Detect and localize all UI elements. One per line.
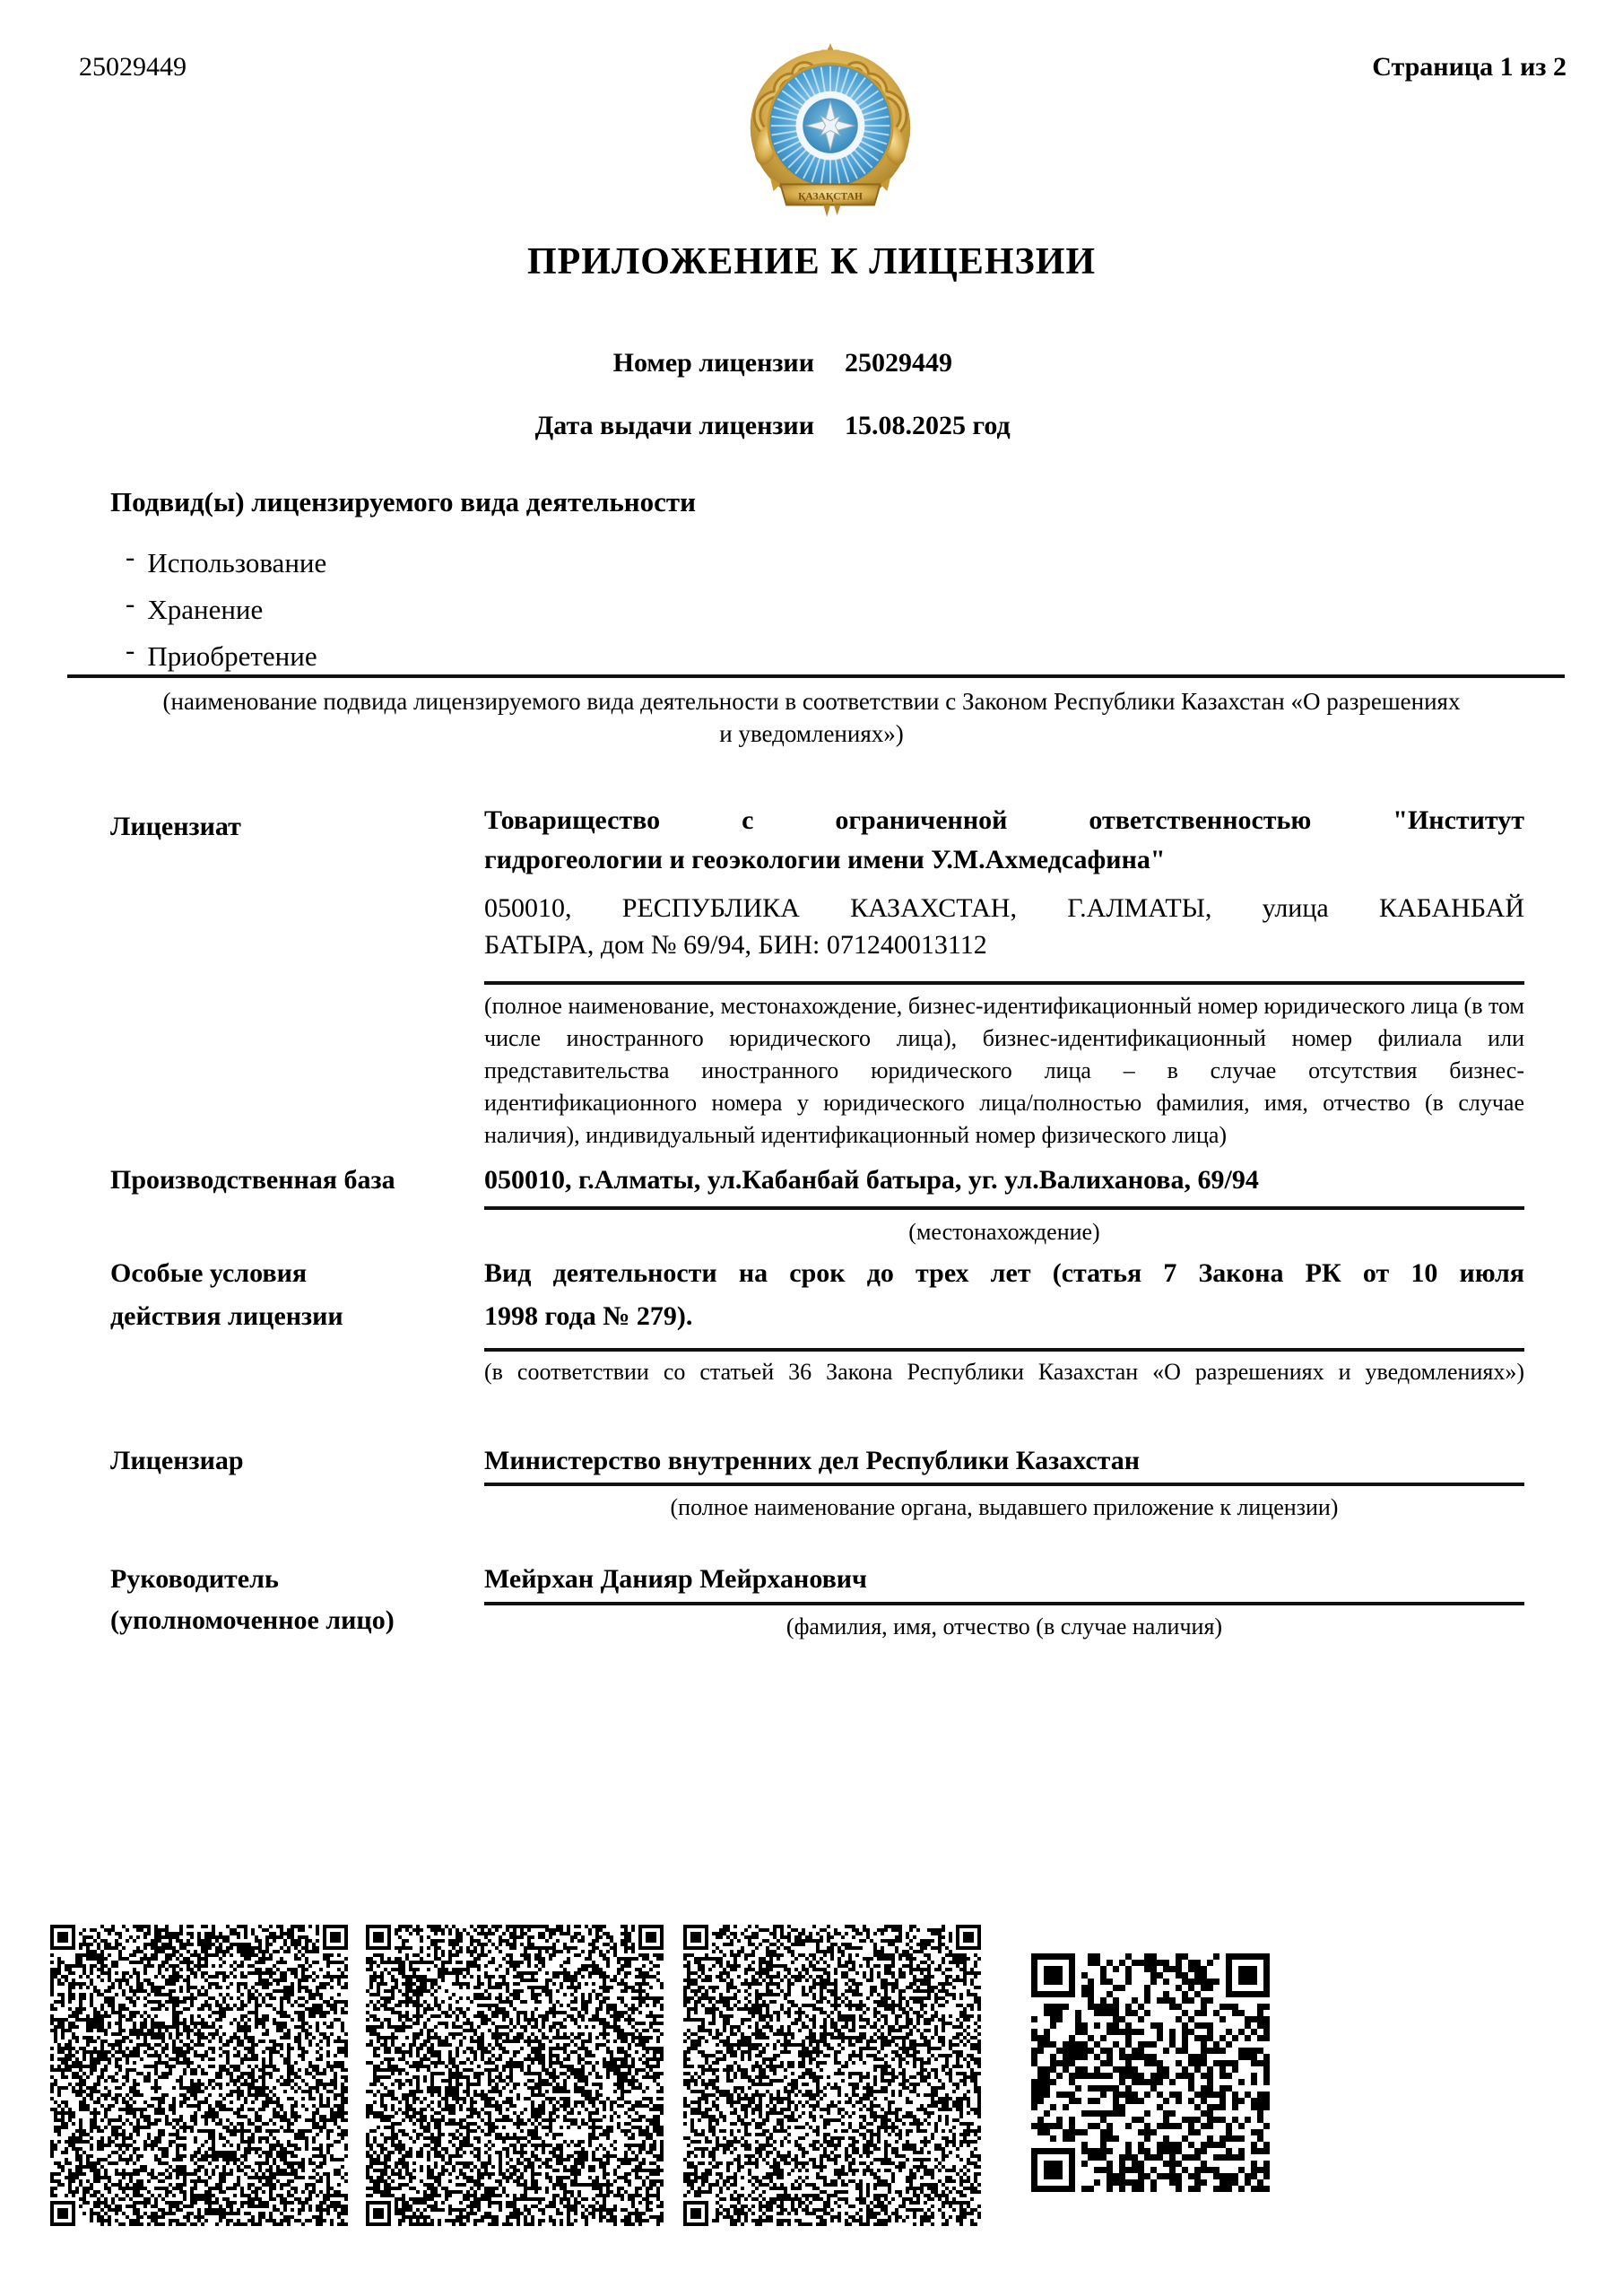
licensee-label: Лицензиат — [110, 811, 241, 843]
barcode-strip-2 — [366, 1925, 664, 2226]
page-title: ПРИЛОЖЕНИЕ К ЛИЦЕНЗИИ — [0, 240, 1623, 283]
subtype-item-label: Приобретение — [147, 640, 317, 672]
licensor-underline — [484, 1483, 1524, 1486]
list-dash: - — [126, 540, 135, 573]
special-conditions-value-line2: 1998 года № 279). — [484, 1300, 1524, 1333]
subtype-item: -Приобретение — [126, 639, 317, 673]
production-base-label: Производственная база — [110, 1164, 395, 1196]
doc-number: 25029449 — [79, 51, 187, 83]
section-divider-line — [67, 674, 1565, 678]
production-base-value: 050010, г.Алматы, ул.Кабанбай батыра, уг… — [484, 1164, 1524, 1196]
subtype-item-label: Хранение — [147, 594, 263, 625]
special-conditions-value-line1: Вид деятельности на срок до трех лет (ст… — [484, 1257, 1524, 1290]
license-number-value: 25029449 — [845, 347, 952, 379]
subtypes-heading: Подвид(ы) лицензируемого вида деятельнос… — [110, 485, 696, 518]
subtype-item: -Хранение — [126, 593, 263, 626]
list-dash: - — [126, 587, 135, 620]
licensee-caption: (полное наименование, местонахождение, б… — [484, 990, 1524, 1152]
production-base-underline — [484, 1206, 1524, 1210]
head-label-line2: (уполномоченное лицо) — [110, 1605, 395, 1637]
licensor-label: Лицензиар — [110, 1445, 244, 1477]
production-base-caption: (местонахождение) — [484, 1216, 1524, 1248]
issue-date-label: Дата выдачи лицензии — [0, 410, 814, 442]
special-conditions-label-line1: Особые условия — [110, 1257, 307, 1290]
head-caption: (фамилия, имя, отчество (в случае наличи… — [484, 1611, 1524, 1643]
issue-date-value: 15.08.2025 год — [845, 410, 1011, 442]
licensee-underline — [484, 981, 1524, 985]
special-conditions-underline — [484, 1348, 1524, 1352]
license-number-label: Номер лицензии — [0, 347, 814, 379]
head-underline — [484, 1602, 1524, 1605]
licensor-caption: (полное наименование органа, выдавшего п… — [484, 1492, 1524, 1524]
page-indicator: Страница 1 из 2 — [1219, 51, 1567, 83]
license-appendix-page: 25029449 Страница 1 из 2 — [0, 0, 1623, 2296]
subtypes-caption: (наименование подвида лицензируемого вид… — [161, 685, 1462, 750]
kazakhstan-emblem-icon: ҚАЗАҚСТАН — [744, 39, 916, 219]
subtype-item-label: Использование — [147, 547, 326, 578]
special-conditions-caption: (в соответствии со статьей 36 Закона Рес… — [484, 1357, 1524, 1387]
licensee-address-line1: 050010, РЕСПУБЛИКА КАЗАХСТАН, Г.АЛМАТЫ, … — [484, 892, 1524, 925]
licensee-name-line1: Товарищество с ограниченной ответственно… — [484, 804, 1524, 837]
special-conditions-label-line2: действия лицензии — [110, 1300, 343, 1333]
qr-code — [1031, 1953, 1270, 2192]
list-dash: - — [126, 633, 135, 666]
barcode-strip-1 — [50, 1925, 348, 2226]
subtype-item: -Использование — [126, 546, 326, 579]
licensor-value: Министерство внутренних дел Республики К… — [484, 1445, 1524, 1477]
barcode-strip-3 — [683, 1925, 981, 2226]
emblem-banner-text: ҚАЗАҚСТАН — [798, 192, 863, 203]
licensee-name-line2: гидрогеологии и геоэкологии имени У.М.Ах… — [484, 844, 1524, 876]
head-value: Мейрхан Данияр Мейрханович — [484, 1563, 1524, 1596]
head-label-line1: Руководитель — [110, 1563, 279, 1596]
licensee-address-line2: БАТЫРА, дом № 69/94, БИН: 071240013112 — [484, 929, 1524, 961]
